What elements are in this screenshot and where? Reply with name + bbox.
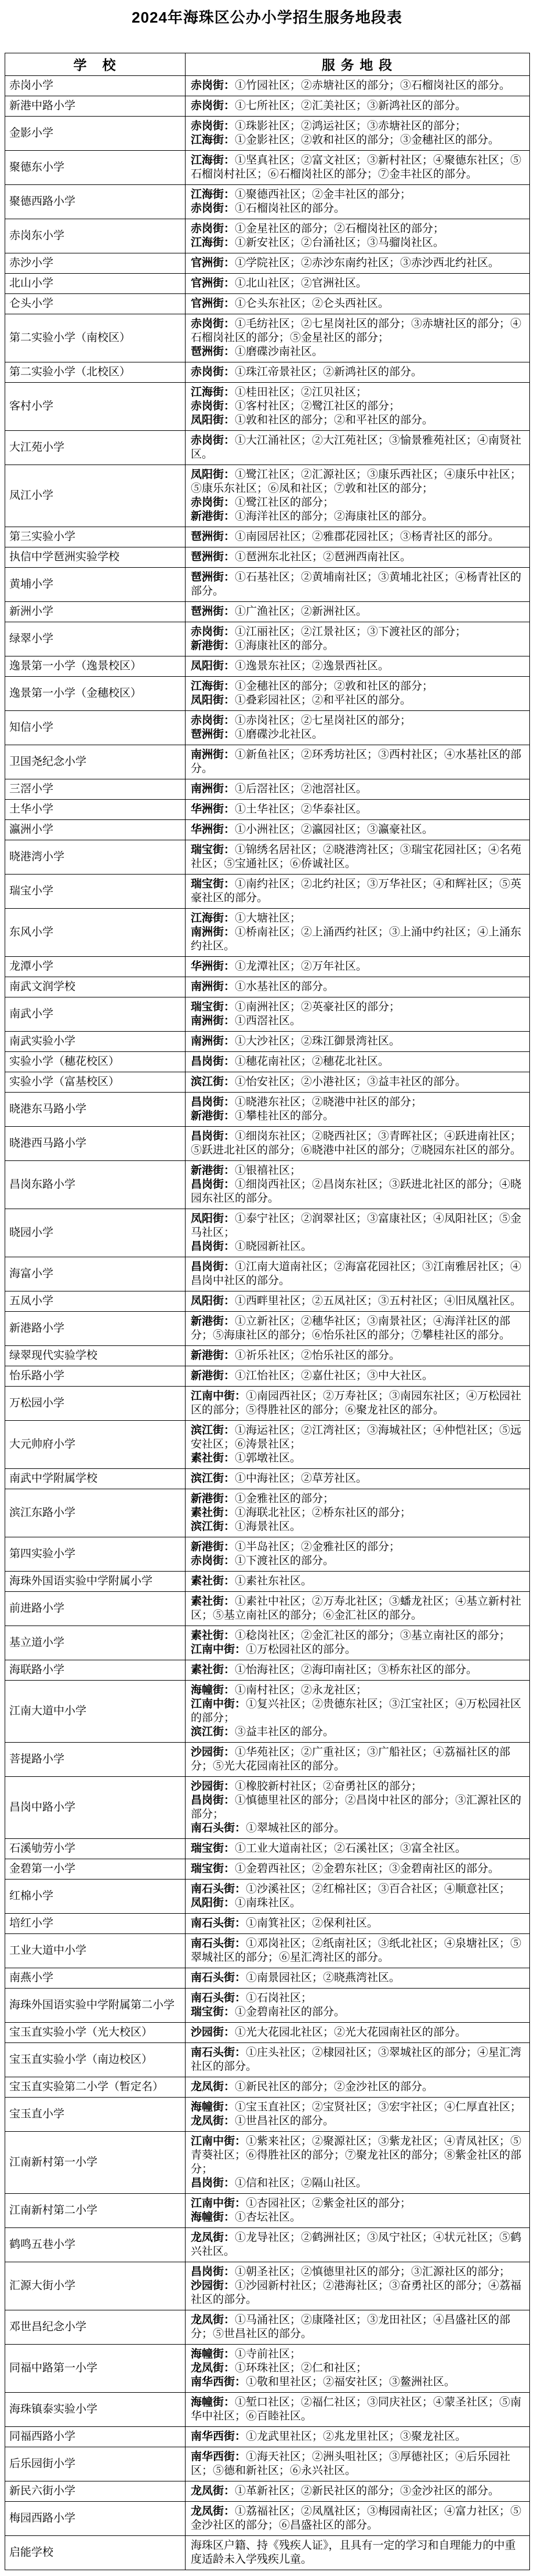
service-area-line: 江南中街：①万松园社区的部分。 [191, 1643, 526, 1657]
school-name-cell: 南武小学 [5, 997, 186, 1032]
street-name: 海幢街： [191, 2211, 235, 2223]
school-name-cell: 怡乐路小学 [5, 1366, 186, 1387]
school-name-cell: 晓港湾小学 [5, 840, 186, 875]
table-row: 昌岗中路小学沙园街：①橡胶新村社区；②奋勇社区的部分；昌岗街：①慎德里社区的部分… [5, 1777, 530, 1839]
table-row: 第二实验小学（南校区）赤岗街：①毛纺社区；②七星岗社区的部分；③赤塘社区的部分；… [5, 314, 530, 362]
service-area-cell: 南洲街：①水基社区的部分。 [186, 977, 530, 997]
service-area-line: 新港街：①海康社区的部分。 [191, 639, 526, 653]
community-list: ①客村社区；②鹭江社区的部分； [235, 400, 400, 412]
table-row: 汇源大街小学昌岗街：①朝圣社区；②慎德里社区的部分；③汇源社区的部分；沙园街：①… [5, 2262, 530, 2310]
service-area-cell: 龙凤街：①革新社区；②新民社区的部分；③金沙社区的部分。 [186, 2481, 530, 2502]
street-name: 江海街： [191, 237, 235, 249]
table-row: 绿翠小学赤岗街：①江丽社区；②江景社区；③下渡社区的部分；新港街：①海康社区的部… [5, 622, 530, 656]
service-area-cell: 江南中街：①杏园社区；②紫金社区的部分；海幢街：①杏坛社区。 [186, 2194, 530, 2228]
community-list: ①世昌社区的部分。 [235, 2115, 334, 2127]
school-name-cell: 赤沙小学 [5, 253, 186, 274]
school-name-cell: 培红小学 [5, 1914, 186, 1934]
school-name-cell: 菩提路小学 [5, 1743, 186, 1777]
table-row: 瑞宝小学瑞宝街：①南约社区；②北约社区；③万华社区；④和辉社区；⑤英豪社区的部分… [5, 875, 530, 909]
service-area-cell: 素社街：①怡海社区；②海印南社区；③桥东社区的部分。 [186, 1660, 530, 1681]
service-area-line: 江海街：①大塘社区； [191, 912, 526, 926]
street-name: 昌岗街： [191, 1261, 235, 1273]
service-area-cell: 沙园街：①橡胶新村社区；②奋勇社区的部分；昌岗街：①慎德里社区的部分；②昌岗中社… [186, 1777, 530, 1839]
service-area-cell: 凤阳街：①泰宁社区；②润翠社区；③富康社区；④凤阳社区；⑤金马社区；昌岗街：①晓… [186, 1209, 530, 1257]
service-area-cell: 南石头街：①南景园社区；②晓燕湾社区。 [186, 1968, 530, 1989]
table-row: 客村小学江海街：①桂田社区；②江贝社区；赤岗街：①客村社区；②鹭江社区的部分；凤… [5, 383, 530, 431]
service-area-line: 素社街：①素社中社区；②万寿北社区；③蟠龙社区；④基立新村社区；⑤基立南社区的部… [191, 1595, 526, 1623]
school-name-cell: 梅园西路小学 [5, 2502, 186, 2536]
street-name: 南石头街： [191, 1972, 246, 1984]
school-name-cell: 三滘小学 [5, 779, 186, 800]
community-list: ①荔福社区；②凤凰社区；③梅园南社区；④富力社区；⑤金沙社区的部分；⑥昌盛社区的… [191, 2505, 521, 2531]
street-name: 琶洲街： [191, 531, 235, 543]
community-list: ①下渡社区的部分。 [235, 1555, 334, 1567]
street-name: 凤阳街： [191, 1295, 235, 1307]
street-name: 琶洲街： [191, 551, 235, 563]
street-name: 江南中街： [191, 1390, 246, 1402]
service-area-line: 南石头街：①南景园社区；②晓燕湾社区。 [191, 1971, 526, 1985]
service-area-line: 赤岗街：①赤岗社区；②七星岗社区的部分； [191, 714, 526, 728]
street-name: 瑞宝街： [191, 1001, 235, 1013]
community-list: ①晓园新社区。 [235, 1240, 312, 1253]
street-name: 南洲街： [191, 783, 235, 795]
service-area-line: 新港街：①攀桂社区的部分。 [191, 1109, 526, 1123]
community-list: ①金雅社区的部分； [235, 1493, 334, 1505]
table-row: 菩提路小学沙园街：①华苑社区；②广重社区；③广船社区；④荔福社区的部分；⑤光大花… [5, 1743, 530, 1777]
table-row: 五凤小学凤阳街：①西畔里社区；②五凤社区；③五村社区；④旧凤凰社区。 [5, 1291, 530, 1312]
community-list: ①金碧南社区的部分。 [235, 2006, 345, 2018]
street-name: 赤岗街： [191, 223, 235, 235]
school-name-cell: 客村小学 [5, 383, 186, 431]
service-area-line: 滨江街：①中海社区；②草芳社区。 [191, 1472, 526, 1486]
street-name: 素社街： [191, 1630, 235, 1642]
street-name: 龙凤街： [191, 2232, 235, 2244]
service-area-line: 南石头街：①翠城社区的部分。 [191, 1822, 526, 1835]
community-list: ①慎德里社区的部分；②昌岗中社区的部分；③汇源社区的部分； [191, 1794, 521, 1820]
street-name: 昌岗街： [191, 2266, 235, 2278]
table-row: 新港中路小学赤岗街：①七所社区；②汇美社区；③新鸿社区的部分。 [5, 96, 530, 117]
service-area-line: 江南中街：①紫来社区；②聚源社区；③紫龙社区；④青凤社区；⑤青葵社区；⑥得胜社区… [191, 2135, 526, 2176]
school-name-cell: 滨江东路小学 [5, 1489, 186, 1537]
community-list: ①水基社区的部分。 [235, 981, 334, 993]
service-area-table: 学 校 服 务 地 段 赤岗小学赤岗街：①竹园社区；②赤塘社区的部分；③石榴岗社… [5, 53, 530, 2570]
service-area-line: 凤阳街：①敦和社区的部分；②和平社区的部分。 [191, 413, 526, 427]
street-name: 海幢街： [191, 1684, 235, 1696]
community-list: ①晓港东社区；②晓港中社区的部分； [235, 1096, 422, 1108]
service-area-line: 龙凤街：①马涌社区；②康隆社区；③龙田社区；④昌盛社区的部分；⑤世昌社区的部分。 [191, 2313, 526, 2341]
community-list: ①敬和里社区；②福安社区；③鳌洲社区。 [246, 2376, 455, 2388]
table-row: 海珠外国语实验中学附属小学素社街：①素社东社区。 [5, 1572, 530, 1592]
street-name: 江海街： [191, 912, 235, 924]
street-name: 沙园街： [191, 1746, 235, 1758]
street-name: 凤阳街： [191, 660, 235, 672]
school-name-cell: 江南大道中小学 [5, 1681, 186, 1743]
service-area-line: 琶洲街：①广渔社区；②新洲社区。 [191, 605, 526, 619]
table-row: 宝玉直实验小学（光大校区）沙园街：①光大花园北社区；②光大花园南社区的部分。 [5, 2023, 530, 2043]
community-list: ①工业大道南社区；②石溪社区；③富全社区。 [235, 1842, 466, 1855]
community-list: ①新鱼社区；②环秀坊社区；③西村社区；④水基社区的部分。 [191, 749, 521, 775]
community-list: ①怡安社区；②小港社区；③益丰社区的部分。 [235, 1076, 466, 1088]
service-area-cell: 华洲街：①龙潭社区；②万年社区。 [186, 957, 530, 977]
service-area-line: 昌岗街：①朝圣社区；②慎德里社区的部分；③汇源社区的部分； [191, 2265, 526, 2279]
service-area-cell: 瑞宝街：①南约社区；②北约社区；③万华社区；④和辉社区；⑤英豪社区的部分。 [186, 875, 530, 909]
street-name: 琶洲街： [191, 728, 235, 741]
community-list: ①光大花园北社区；②光大花园南社区的部分。 [235, 2026, 466, 2038]
street-name: 江南中街： [191, 1643, 246, 1656]
document-page: 2024年海珠区公办小学招生服务地段表 学 校 服 务 地 段 赤岗小学赤岗街：… [0, 0, 534, 2576]
street-name: 江海街： [191, 188, 235, 201]
street-name: 官洲街： [191, 257, 235, 269]
service-area-cell: 华洲街：①土华社区；②华泰社区。 [186, 800, 530, 820]
service-area-line: 海幢街：①杏坛社区。 [191, 2211, 526, 2225]
table-row: 同福西路小学南华西街：①龙武里社区；②兆龙里社区；③聚龙社区。 [5, 2427, 530, 2447]
service-area-line: 凤阳街：①叠彩园社区；②和平社区的部分。 [191, 694, 526, 708]
street-name: 江南中街： [191, 2135, 246, 2147]
service-area-cell: 海幢街：①宝玉直社区；②宝贤社区；③宏宇社区；④仁厚直社区；龙凤街：①世昌社区的… [186, 2098, 530, 2132]
service-area-cell: 新港街：①半岛社区；②金雅社区的部分；赤岗街：①下渡社区的部分。 [186, 1537, 530, 1572]
community-list: ①西滘社区。 [235, 1015, 301, 1027]
street-name: 江海街： [191, 680, 235, 692]
community-list: ①龙导社区；②鹤洲社区；③凤宁社区；④状元社区；⑤鹤兴社区。 [191, 2232, 521, 2258]
street-name: 江海街： [191, 154, 235, 166]
community-list: ①金穗社区的部分；②敦和社区的部分； [235, 680, 433, 692]
street-name: 南石头街： [191, 2047, 246, 2059]
table-row: 瀛洲小学华洲街：①小洲社区；②瀛园社区；③瀛豪社区。 [5, 820, 530, 840]
community-list: ③益丰社区的部分。 [235, 1726, 334, 1738]
service-area-cell: 昌岗街：①穗花南社区；②穗花北社区。 [186, 1052, 530, 1072]
school-name-cell: 土华小学 [5, 800, 186, 820]
community-list: ①海联北社区；②桥东社区的部分； [235, 1507, 411, 1519]
community-list: ①攀桂社区的部分。 [235, 1110, 334, 1122]
table-row: 万松园小学江南中街：①南园西社区；②万寿社区；③南园东社区；④万松园社区的部分；… [5, 1387, 530, 1421]
table-row: 龙潭小学华洲街：①龙潭社区；②万年社区。 [5, 957, 530, 977]
service-area-cell: 新港街：①立新社区；②穗华社区；③南景社区；④海洋社区的部分；⑤海康社区的部分；… [186, 1312, 530, 1346]
table-row: 滨江东路小学新港街：①金雅社区的部分；素社街：①海联北社区；②桥东社区的部分；滨… [5, 1489, 530, 1537]
table-row: 土华小学华洲街：①土华社区；②华泰社区。 [5, 800, 530, 820]
street-name: 素社街： [191, 1595, 235, 1608]
service-area-line: 素社街：①稔岗社区；②金汇社区的部分；③基立南社区的部分； [191, 1629, 526, 1643]
service-area-line: 赤岗街：①下渡社区的部分。 [191, 1554, 526, 1568]
service-area-line: 新港街：①金雅社区的部分； [191, 1492, 526, 1506]
street-name: 华洲街： [191, 803, 235, 815]
table-row: 南武中学附属学校滨江街：①中海社区；②草芳社区。 [5, 1469, 530, 1489]
table-row: 执信中学琶洲实验学校琶洲街：①琶洲东北社区；②琶洲西南社区。 [5, 547, 530, 568]
community-list: ①坚真社区；②富文社区；③新村社区；④聚德东社区；⑤石榴岗村社区；⑥石榴岗社区的… [191, 154, 521, 180]
community-list: ①石基社区；②黄埔南社区；③黄埔北社区；④杨青社区的部分。 [191, 571, 521, 597]
table-row: 工业大道中小学南石头街：①邓岗社区；②纸南社区；③纸北社区；④泉塘社区；⑤翠城社… [5, 1934, 530, 1968]
community-list: ①龙武里社区；②兆龙里社区；③聚龙社区。 [246, 2430, 466, 2443]
street-name: 瑞宝街： [191, 1863, 235, 1875]
school-name-cell: 晓港西马路小学 [5, 1127, 186, 1161]
service-area-cell: 素社街：①素社中社区；②万寿北社区；③蟠龙社区；④基立新村社区；⑤基立南社区的部… [186, 1592, 530, 1626]
community-list: ①素社东社区。 [235, 1575, 312, 1587]
school-name-cell: 瑞宝小学 [5, 875, 186, 909]
service-area-cell: 瑞宝街：①工业大道南社区；②石溪社区；③富全社区。 [186, 1839, 530, 1859]
street-name: 南洲街： [191, 749, 235, 761]
table-row: 前进路小学素社街：①素社中社区；②万寿北社区；③蟠龙社区；④基立新村社区；⑤基立… [5, 1592, 530, 1626]
service-area-cell: 海幢街：①堑口社区；②福仁社区；③同庆社区；④蒙圣社区；⑤南华中社区；⑥百睦社区… [186, 2393, 530, 2427]
service-area-line: 沙园街：①橡胶新村社区；②奋勇社区的部分； [191, 1780, 526, 1794]
school-name-cell: 南燕小学 [5, 1968, 186, 1989]
school-name-cell: 南武文润学校 [5, 977, 186, 997]
service-area-line: 凤阳街：①西畔里社区；②五凤社区；③五村社区；④旧凤凰社区。 [191, 1294, 526, 1308]
community-list: ①南村社区；②永龙社区； [235, 1684, 367, 1696]
street-name: 龙凤街： [191, 2505, 235, 2517]
school-name-cell: 知信小学 [5, 711, 186, 745]
street-name: 瑞宝街： [191, 1842, 235, 1855]
street-name: 海幢街： [191, 2101, 235, 2113]
service-area-line: 新港街：①半岛社区；②金雅社区的部分； [191, 1540, 526, 1554]
table-row: 第四实验小学新港街：①半岛社区；②金雅社区的部分；赤岗街：①下渡社区的部分。 [5, 1537, 530, 1572]
table-row: 仑头小学官洲街：①仑头东社区；②仑头西社区。 [5, 294, 530, 314]
street-name: 南华西街： [191, 2430, 246, 2443]
service-area-cell: 凤阳街：①鹭江社区；②汇源社区；③康乐西社区；④康乐中社区；⑤康乐东社区；⑥凤和… [186, 465, 530, 527]
school-name-cell: 凤江小学 [5, 465, 186, 527]
service-area-line: 官洲街：①仑头东社区；②仑头西社区。 [191, 297, 526, 311]
community-list: ①细岗东社区；②晓西社区；③青晖社区；④跃进南社区；⑤跃进北社区的部分；⑥晓港中… [191, 1130, 521, 1156]
street-name: 官洲街： [191, 277, 235, 289]
school-name-cell: 红棉小学 [5, 1880, 186, 1914]
table-row: 新民六街小学龙凤街：①革新社区；②新民社区的部分；③金沙社区的部分。 [5, 2481, 530, 2502]
community-list: ①大塘社区； [235, 912, 301, 924]
service-area-line: 瑞宝街：①金碧南社区的部分。 [191, 2005, 526, 2019]
street-name: 素社街： [191, 1452, 235, 1464]
service-area-line: 素社街：①素社东社区。 [191, 1574, 526, 1588]
service-area-line: 凤阳街：①南珠社区。 [191, 1896, 526, 1910]
street-name: 南石头街： [191, 1992, 246, 2004]
street-name: 新港街： [191, 1164, 235, 1177]
service-area-cell: 华洲街：①小洲社区；②瀛园社区；③瀛豪社区。 [186, 820, 530, 840]
street-name: 赤岗街： [191, 400, 235, 412]
table-row: 大江苑小学赤岗街：①大江涌社区；②大江苑社区；③愉景雅苑社区；④南贤社区。 [5, 431, 530, 465]
community-list: ①琶洲东北社区；②琶洲西南社区。 [235, 551, 411, 563]
service-area-cell: 沙园街：①华苑社区；②广重社区；③广船社区；④荔福社区的部分；⑤光大花园南社区的… [186, 1743, 530, 1777]
school-name-cell: 晓园小学 [5, 1209, 186, 1257]
table-row: 逸景第一小学（逸景校区）凤阳街：①逸景东社区；②逸景西社区。 [5, 656, 530, 677]
service-area-line: 华洲街：①土华社区；②华泰社区。 [191, 803, 526, 817]
school-name-cell: 第三实验小学 [5, 527, 186, 547]
service-area-cell: 琶洲街：①琶洲东北社区；②琶洲西南社区。 [186, 547, 530, 568]
table-row: 聚德东小学江海街：①坚真社区；②富文社区；③新村社区；④聚德东社区；⑤石榴岗村社… [5, 151, 530, 185]
service-area-cell: 昌岗街：①细岗东社区；②晓西社区；③青晖社区；④跃进南社区；⑤跃进北社区的部分；… [186, 1127, 530, 1161]
table-row: 知信小学赤岗街：①赤岗社区；②七星岗社区的部分；琶洲街：①磨碟沙北社区。 [5, 711, 530, 745]
street-name: 新港街： [191, 1370, 235, 1382]
street-name: 昌岗街： [191, 1130, 235, 1142]
table-row: 逸景第一小学（金穗校区）江海街：①金穗社区的部分；②敦和社区的部分；凤阳街：①叠… [5, 677, 530, 711]
community-list: ①广渔社区；②新洲社区。 [235, 605, 367, 618]
school-name-cell: 海富小学 [5, 1257, 186, 1291]
community-list: ①七所社区；②汇美社区；③新鸿社区的部分。 [235, 100, 466, 112]
school-name-cell: 实验小学（穗花校区） [5, 1052, 186, 1072]
community-list: ①郭墩社区。 [235, 1452, 301, 1464]
service-area-cell: 江南中街：①紫来社区；②聚源社区；③紫龙社区；④青凤社区；⑤青葵社区；⑥得胜社区… [186, 2132, 530, 2194]
service-area-line: 海幢街：①宝玉直社区；②宝贤社区；③宏宇社区；④仁厚直社区； [191, 2100, 526, 2114]
service-area-line: 江海街：①金穗社区的部分；②敦和社区的部分； [191, 680, 526, 694]
table-row: 赤岗东小学赤岗街：①金星社区的部分；②石榴岗社区的部分；江海街：①新安社区；②台… [5, 219, 530, 253]
service-area-cell: 龙凤街：①荔福社区；②凤凰社区；③梅园南社区；④富力社区；⑤金沙社区的部分；⑥昌… [186, 2502, 530, 2536]
community-list: ①小洲社区；②瀛园社区；③瀛豪社区。 [235, 823, 433, 836]
school-name-cell: 晓港东马路小学 [5, 1093, 186, 1127]
service-area-line: 瑞宝街：①南洲社区；②英豪社区的部分； [191, 1000, 526, 1014]
street-name: 赤岗街： [191, 79, 235, 92]
street-name: 赤岗街： [191, 1555, 235, 1567]
street-name: 赤岗街： [191, 714, 235, 727]
service-area-cell: 昌岗街：①江南大道南社区；②海富花园社区；③江南雅居社区；④昌岗中社区的部分。 [186, 1257, 530, 1291]
table-row: 鹤鸣五巷小学龙凤街：①龙导社区；②鹤洲社区；③凤宁社区；④状元社区；⑤鹤兴社区。 [5, 2228, 530, 2262]
service-area-cell: 新港街：①江怡社区；②嘉仕社区；③中大社区。 [186, 1366, 530, 1387]
community-list: ①祈乐社区；②怡乐社区的部分。 [235, 1349, 400, 1362]
school-name-cell: 海珠外国语实验中学附属小学 [5, 1572, 186, 1592]
table-row: 昌岗东路小学新港街：①银禧社区；昌岗街：①细岗西社区；②昌岗东社区；③跃进北社区… [5, 1161, 530, 1209]
table-row: 海珠外国语实验中学附属第二小学南石头街：①石岗社区；瑞宝街：①金碧南社区的部分。 [5, 1989, 530, 2023]
street-name: 新港街： [191, 1541, 235, 1553]
street-name: 赤岗街： [191, 120, 235, 132]
school-name-cell: 后乐园街小学 [5, 2447, 186, 2481]
community-list: ①新民社区的部分；②金沙社区的部分。 [235, 2081, 433, 2093]
table-row: 绿翠现代实验学校新港街：①祈乐社区；②怡乐社区的部分。 [5, 1346, 530, 1366]
service-area-line: 南华西街：①海天社区；②洲头咀社区；③厚德社区；④后乐园社区；⑤德和新社区；⑥永… [191, 2450, 526, 2478]
table-row: 金碧第一小学瑞宝街：①金碧西社区；②金碧东社区；③金碧南社区的部分。 [5, 1859, 530, 1880]
service-area-line: 沙园街：①光大花园北社区；②光大花园南社区的部分。 [191, 2026, 526, 2040]
school-name-cell: 龙潭小学 [5, 957, 186, 977]
street-name: 南洲街： [191, 926, 235, 938]
community-list: ①鹭江社区的部分； [235, 496, 334, 509]
street-name: 昌岗街： [191, 1178, 235, 1191]
street-name: 龙凤街： [191, 2485, 235, 2497]
service-area-line: 南洲街：①大沙社区；②珠江御景湾社区。 [191, 1035, 526, 1048]
table-row: 大元帅府小学滨江街：①海运社区；②江湾社区；③海城社区；④仲恺社区；⑤远安社区；… [5, 1421, 530, 1469]
service-area-line: 琶洲街：①琶洲东北社区；②琶洲西南社区。 [191, 550, 526, 564]
street-name: 海幢街： [191, 2396, 235, 2408]
service-area-line: 赤岗街：①珠影社区；②鸿运社区；③赤塘社区的部分； [191, 119, 526, 133]
community-list: 海珠区户籍、持《残疾人证》，且具有一定的学习和自理能力的中重度适龄未入学残疾儿童… [191, 2539, 516, 2566]
table-row: 南武文润学校南洲街：①水基社区的部分。 [5, 977, 530, 997]
community-list: ①万松园社区的部分。 [246, 1643, 356, 1656]
service-area-cell: 素社街：①素社东社区。 [186, 1572, 530, 1592]
table-row: 北山小学官洲街：①北山社区；②官洲社区。 [5, 274, 530, 294]
service-area-cell: 南石头街：①南箕社区；②保利社区。 [186, 1914, 530, 1934]
table-row: 海珠镇泰实验小学海幢街：①堑口社区；②福仁社区；③同庆社区；④蒙圣社区；⑤南华中… [5, 2393, 530, 2427]
service-area-line: 昌岗街：①信和社区；②隔山社区。 [191, 2176, 526, 2190]
school-name-cell: 绿翠现代实验学校 [5, 1346, 186, 1366]
service-area-cell: 南洲街：①大沙社区；②珠江御景湾社区。 [186, 1032, 530, 1052]
service-area-cell: 赤岗街：①竹园社区；②赤塘社区的部分；③石榴岗社区的部分。 [186, 76, 530, 96]
school-name-cell: 聚德东小学 [5, 151, 186, 185]
table-row: 石溪劬劳小学瑞宝街：①工业大道南社区；②石溪社区；③富全社区。 [5, 1839, 530, 1859]
school-name-cell: 金影小学 [5, 117, 186, 151]
community-list: ①穗花南社区；②穗花北社区。 [235, 1055, 389, 1068]
table-row: 邓世昌纪念小学龙凤街：①马涌社区；②康隆社区；③龙田社区；④昌盛社区的部分；⑤世… [5, 2310, 530, 2345]
service-area-line: 官洲街：①北山社区；②官洲社区。 [191, 277, 526, 291]
school-name-cell: 南武中学附属学校 [5, 1469, 186, 1489]
street-name: 琶洲街： [191, 346, 235, 358]
table-row: 黄埔小学琶洲街：①石基社区；②黄埔南社区；③黄埔北社区；④杨青社区的部分。 [5, 568, 530, 602]
school-name-cell: 海珠镇泰实验小学 [5, 2393, 186, 2427]
table-row: 金影小学赤岗街：①珠影社区；②鸿运社区；③赤塘社区的部分；江海街：①金影社区；②… [5, 117, 530, 151]
community-list: ①堑口社区；②福仁社区；③同庆社区；④蒙圣社区；⑤南华中社区；⑥百睦社区。 [191, 2396, 521, 2422]
community-list: ①细岗西社区；②昌岗东社区；③跃进北社区的部分；④晓园东社区的部分。 [191, 1178, 521, 1204]
street-name: 南石头街： [191, 1917, 246, 1929]
school-name-cell: 同福西路小学 [5, 2427, 186, 2447]
service-area-cell: 滨江街：①中海社区；②草芳社区。 [186, 1469, 530, 1489]
school-name-cell: 新洲小学 [5, 602, 186, 622]
school-name-cell: 鹤鸣五巷小学 [5, 2228, 186, 2262]
service-area-cell: 滨江街：①海运社区；②江湾社区；③海城社区；④仲恺社区；⑤远安社区；⑥涛景社区；… [186, 1421, 530, 1469]
street-name: 昌岗街： [191, 1055, 235, 1068]
service-area-cell: 官洲街：①学院社区；②赤沙东南约社区；③赤沙西北约社区。 [186, 253, 530, 274]
street-name: 华洲街： [191, 960, 235, 973]
school-name-cell: 仑头小学 [5, 294, 186, 314]
street-name: 新港街： [191, 1110, 235, 1122]
service-area-line: 赤岗街：①珠江帝景社区；②新鸿社区的部分。 [191, 365, 526, 379]
school-name-cell: 大江苑小学 [5, 431, 186, 465]
table-row: 赤沙小学官洲街：①学院社区；②赤沙东南约社区；③赤沙西北约社区。 [5, 253, 530, 274]
street-name: 南洲街： [191, 1015, 235, 1027]
street-name: 江海街： [191, 134, 235, 146]
street-name: 海幢街： [191, 2348, 235, 2360]
community-list: ①磨碟沙南社区。 [235, 346, 323, 358]
service-area-line: 琶洲街：①南园居社区；②雅郡花园社区；③杨青社区的部分。 [191, 530, 526, 544]
table-row: 三滘小学南洲街：①后滘社区；②池滘社区。 [5, 779, 530, 800]
service-area-line: 瑞宝街：①南约社区；②北约社区；③万华社区；④和辉社区；⑤英豪社区的部分。 [191, 877, 526, 905]
service-area-line: 南石头街：①邓岗社区；②纸南社区；③纸北社区；④泉塘社区；⑤翠城社区的部分；⑥星… [191, 1937, 526, 1965]
table-row: 南武实验小学南洲街：①大沙社区；②珠江御景湾社区。 [5, 1032, 530, 1052]
service-area-line: 南石头街：①石岗社区； [191, 1991, 526, 2005]
table-header-row: 学 校 服 务 地 段 [5, 53, 530, 76]
community-list: ①新安社区；②台涌社区；③马骝岗社区。 [235, 237, 444, 249]
community-list: ①沙溪社区；②红棉社区；③百合社区；④顺意社区； [246, 1883, 510, 1895]
table-row: 宝玉直实验小学（南边校区）南石头街：①庄头社区；②棣园社区；③翠城社区的部分；④… [5, 2043, 530, 2077]
community-list: ①赤岗社区；②七星岗社区的部分； [235, 714, 411, 727]
street-name: 新港街： [191, 1349, 235, 1362]
service-area-line: 凤阳街：①泰宁社区；②润翠社区；③富康社区；④凤阳社区；⑤金马社区； [191, 1212, 526, 1240]
service-area-line: 新港街：①江怡社区；②嘉仕社区；③中大社区。 [191, 1369, 526, 1383]
street-name: 江海街： [191, 386, 235, 398]
service-area-cell: 龙凤街：①马涌社区；②康隆社区；③龙田社区；④昌盛社区的部分；⑤世昌社区的部分。 [186, 2310, 530, 2345]
service-area-cell: 官洲街：①北山社区；②官洲社区。 [186, 274, 530, 294]
community-list: ①海运社区；②江湾社区；③海城社区；④仲恺社区；⑤远安社区；⑥涛景社区； [191, 1424, 521, 1450]
service-area-line: 龙凤街：①新民社区的部分；②金沙社区的部分。 [191, 2080, 526, 2094]
community-list: ①江丽社区；②江景社区；③下渡社区的部分； [235, 626, 466, 638]
service-area-line: 南石头街：①南箕社区；②保利社区。 [191, 1917, 526, 1931]
service-area-line: 赤岗街：①石榴岗社区的部分。 [191, 202, 526, 216]
service-area-cell: 素社街：①稔岗社区；②金汇社区的部分；③基立南社区的部分；江南中街：①万松园社区… [186, 1626, 530, 1660]
service-area-cell: 江海街：①聚德西社区；②金丰社区的部分；赤岗街：①石榴岗社区的部分。 [186, 185, 530, 219]
community-list: ①西畔里社区；②五凤社区；③五村社区；④旧凤凰社区。 [235, 1295, 521, 1307]
school-name-cell: 石溪劬劳小学 [5, 1839, 186, 1859]
street-name: 官洲街： [191, 297, 235, 310]
community-list: ①仑头东社区；②仑头西社区。 [235, 297, 389, 310]
service-area-line: 海幢街：①寺前社区； [191, 2348, 526, 2361]
street-name: 南洲街： [191, 981, 235, 993]
community-list: ①叠彩园社区；②和平社区的部分。 [235, 694, 411, 706]
service-area-cell: 昌岗街：①朝圣社区；②慎德里社区的部分；③汇源社区的部分；沙园街：①沙园新村社区… [186, 2262, 530, 2310]
service-area-line: 江南中街：①杏园社区；②紫金社区的部分； [191, 2197, 526, 2211]
service-area-line: 海幢街：①南村社区；②永龙社区； [191, 1684, 526, 1697]
school-name-cell: 执信中学琶洲实验学校 [5, 547, 186, 568]
service-area-line: 南洲街：①新鱼社区；②环秀坊社区；③西村社区；④水基社区的部分。 [191, 748, 526, 776]
service-area-line: 官洲街：①学院社区；②赤沙东南约社区；③赤沙西北约社区。 [191, 256, 526, 270]
community-list: ①南约社区；②北约社区；③万华社区；④和辉社区；⑤英豪社区的部分。 [191, 878, 521, 904]
school-name-cell: 昌岗东路小学 [5, 1161, 186, 1209]
service-area-cell: 南石头街：①邓岗社区；②纸南社区；③纸北社区；④泉塘社区；⑤翠城社区的部分；⑥星… [186, 1934, 530, 1968]
community-list: ①怡海社区；②海印南社区；③桥东社区的部分。 [235, 1664, 477, 1676]
street-name: 昌岗街： [191, 1794, 235, 1806]
street-name: 凤阳街： [191, 1897, 235, 1909]
street-name: 龙凤街： [191, 2115, 235, 2127]
school-name-cell: 万松园小学 [5, 1387, 186, 1421]
community-list: ①大江涌社区；②大江苑社区；③愉景雅苑社区；④南贤社区。 [191, 434, 521, 460]
